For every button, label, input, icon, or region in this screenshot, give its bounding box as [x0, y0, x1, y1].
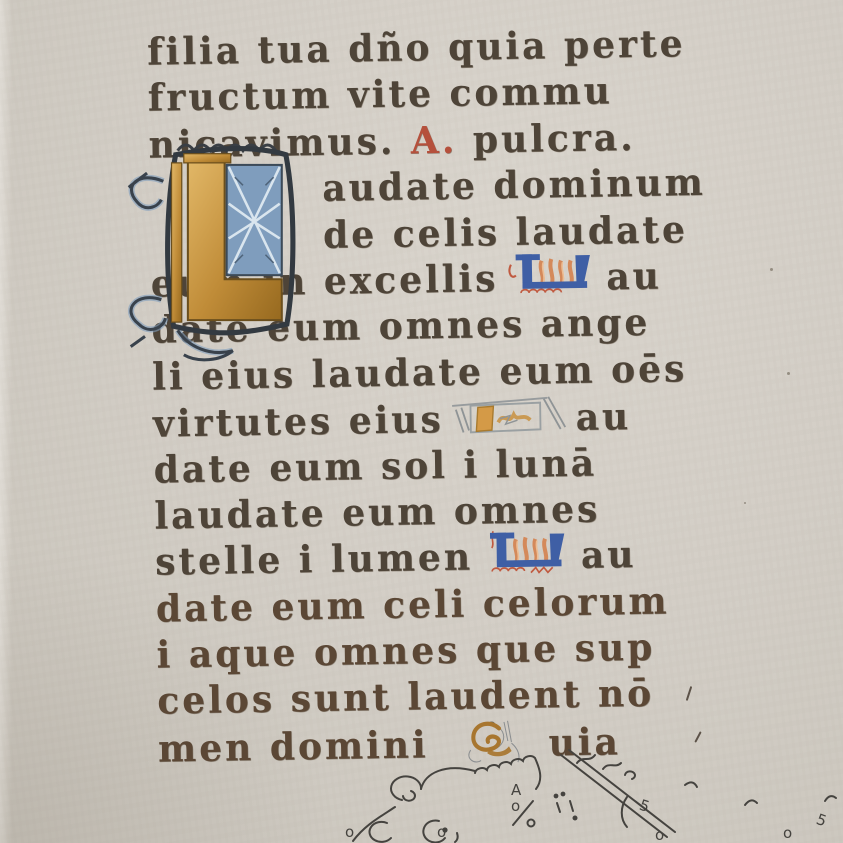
- pen-flourish-doodle: o o A o 5 o o 5: [325, 745, 843, 843]
- line-text: date eum celi celorum: [156, 579, 670, 631]
- pen-trial-glyph: o: [783, 824, 792, 842]
- line-text: audate dominum: [322, 161, 706, 211]
- illuminated-initial-l-virtutes: [447, 393, 576, 441]
- antiphon-rubric: A.: [411, 118, 458, 162]
- pen-flourish-graphic: o o A o 5 o o 5: [325, 745, 843, 843]
- large-initial-graphic: [116, 120, 321, 365]
- line-text: i aque omnes que sup: [156, 626, 655, 678]
- line-text: pulcra.: [457, 115, 636, 161]
- pen-trial-glyph: o: [655, 826, 664, 843]
- line-text: celos sunt laudent nō: [157, 672, 654, 723]
- line-text: de celis laudate: [323, 207, 688, 256]
- line-text: stelle i lumen: [155, 536, 473, 585]
- line-text: laudate eum omnes: [154, 487, 601, 538]
- illuminated-initial-l-stelle: [479, 532, 580, 577]
- versal-initial-graphic: [447, 393, 576, 441]
- manuscript-page: filia tua dño quia perte fructum vite co…: [0, 0, 843, 843]
- pen-trial-glyph: 5: [814, 810, 829, 830]
- line-text: virtutes eius: [153, 398, 444, 446]
- versal-initial-graphic: [504, 253, 605, 298]
- versal-initial-graphic: [479, 532, 580, 577]
- illuminated-initial-l-large: [116, 120, 321, 365]
- pen-trial-glyph: o: [437, 823, 446, 841]
- pen-trial-glyph: o: [511, 797, 520, 815]
- line-text: date eum sol i lunā: [153, 441, 597, 492]
- line-text: au: [606, 254, 662, 299]
- pen-trial-glyph: o: [345, 823, 354, 841]
- illuminated-initial-l-excelsis: [504, 253, 605, 298]
- line-text: au: [575, 395, 631, 440]
- line-text: au: [581, 533, 637, 578]
- line-text: fructum vite commu: [148, 69, 614, 120]
